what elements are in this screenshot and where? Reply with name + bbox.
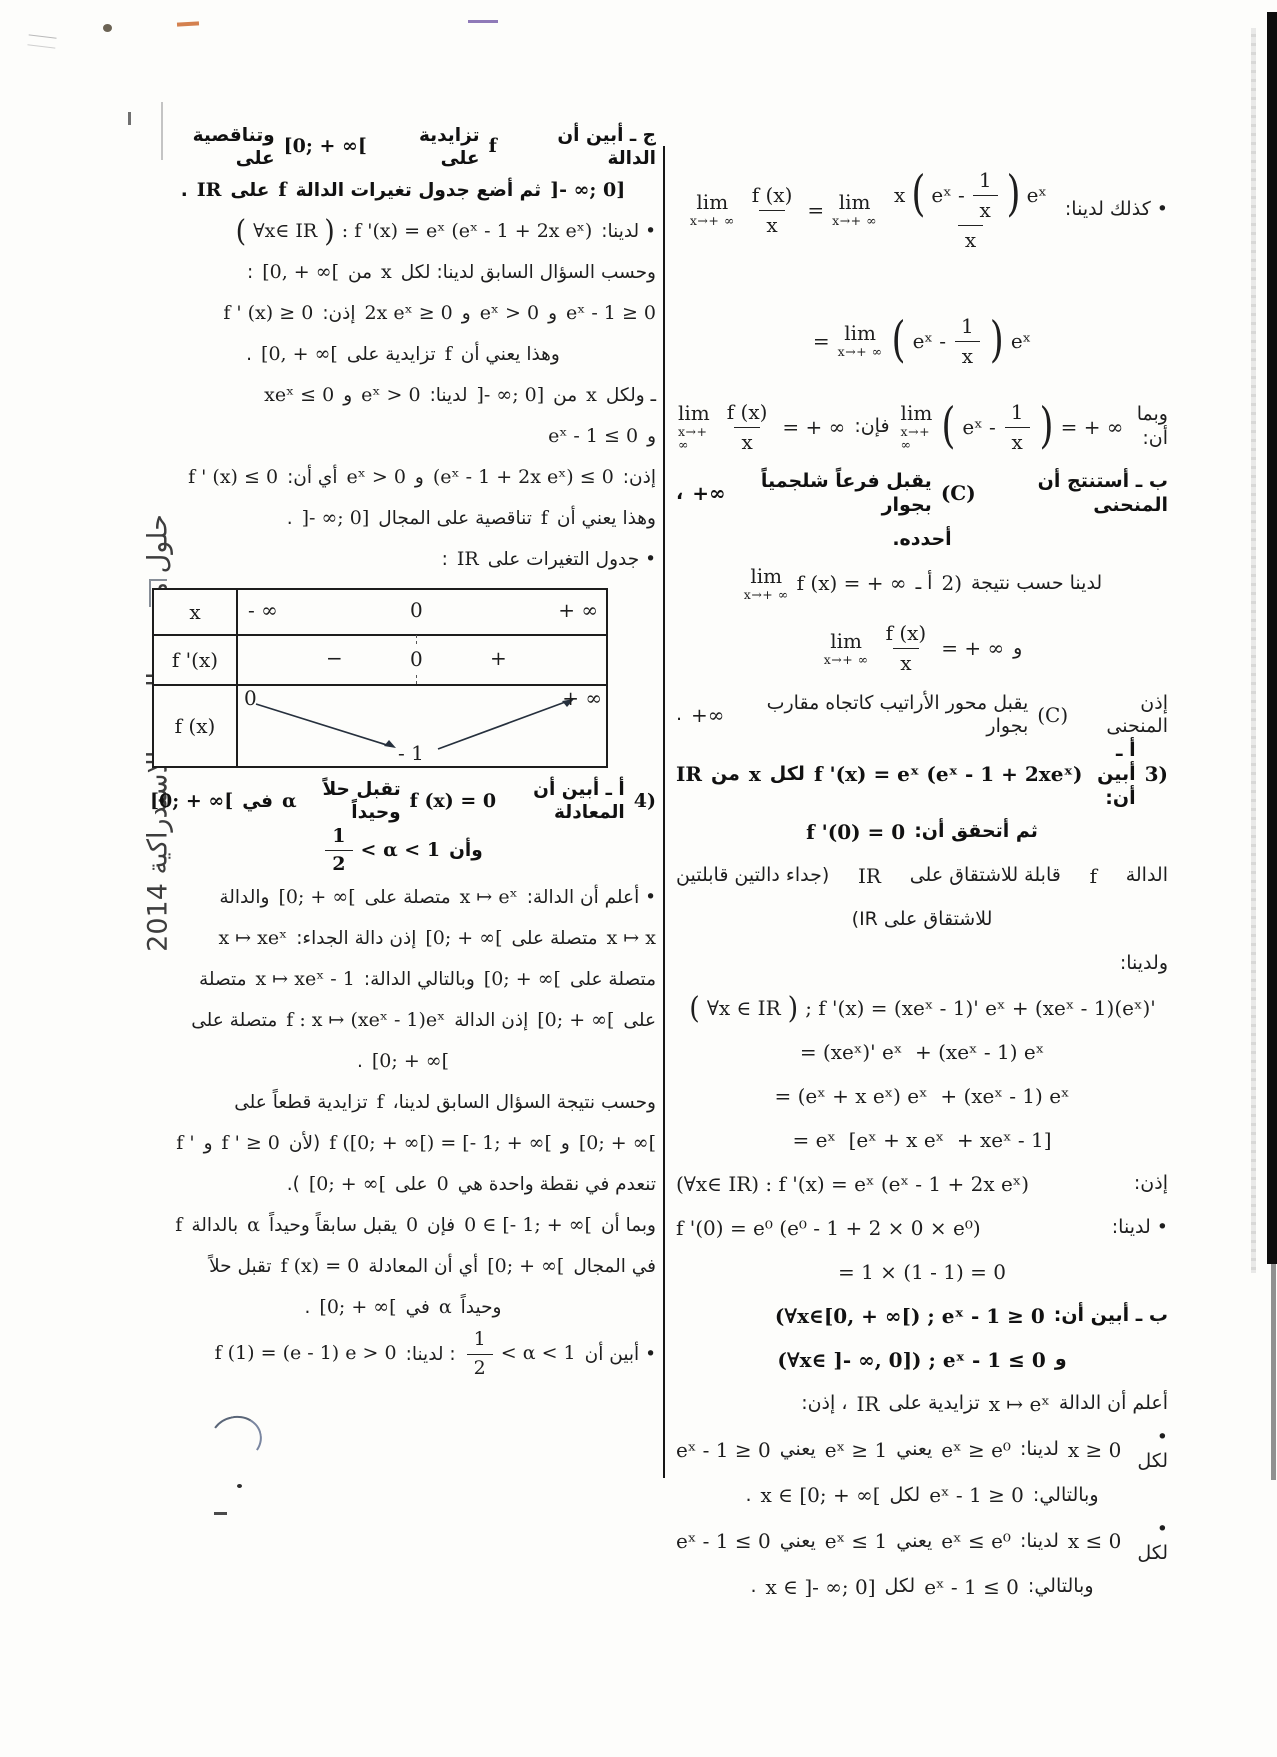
arabic-text: ثم أتحقق أن: (914, 820, 1038, 844)
text-fragment: lim (844, 323, 876, 343)
text-fragment: x→+ ∞ (824, 654, 869, 667)
text-line: = (eˣ + x eˣ) eˣ + (xeˣ - 1) eˣ (676, 1074, 1168, 1118)
math-text: 0 (406, 1214, 418, 1238)
arabic-text: . (246, 343, 252, 366)
arabic-text: • لكل (1130, 1518, 1168, 1566)
sign-minus: − (326, 646, 343, 670)
text-line: = 1 × (1 - 1) = 0 (676, 1250, 1168, 1294)
math-text: f ' (x) ≥ 0 (223, 302, 313, 326)
math-run: limx→+ ∞f (x) = + ∞ (742, 566, 907, 602)
math-text: x ↦ xeˣ - 1 (256, 968, 355, 992)
text-line: ـ ولكلxمن]- ∞; 0]لدينا:eˣ > 0وxeˣ ≤ 0 (150, 375, 656, 416)
text-fragment: x→+ ∞ (901, 426, 933, 451)
math-text: ; f '(x) = (xeˣ - 1)' eˣ + (xeˣ - 1)(eˣ)… (805, 996, 1156, 1021)
big-paren: ( (235, 217, 248, 247)
arabic-text: : (247, 261, 253, 284)
math-text: 0 (437, 1173, 449, 1197)
math-text: eˣ - 1 ≤ 0 (676, 1529, 771, 1554)
fraction-denominator: x (958, 225, 983, 253)
math-text: f ' (176, 1132, 194, 1156)
arabic-text: يقبل سابقاً وحيداً (269, 1214, 397, 1237)
math-text: +∞ (691, 703, 724, 728)
math-text: ]- ∞; 0] (302, 507, 370, 531)
math-text: x (965, 228, 976, 253)
arabic-text: ج ـ أبين أن الدالة (506, 124, 656, 170)
text-line: وحسب نتيجة السؤال السابق لدينا،fتزايدية … (150, 1082, 656, 1123)
math-text: eˣ - (913, 329, 946, 354)
math-text: f '(0) = e⁰ (e⁰ - 1 + 2 × 0 × e⁰) (676, 1216, 981, 1241)
arabic-text: من (348, 261, 372, 284)
text-line: • أبين أن12< α < 1: لدينا:f (1) = (e - 1… (150, 1328, 656, 1381)
text-line: ب ـ أستنتج أن المنحنى(C)يقبل فرعاً شلجمي… (676, 470, 1168, 518)
math-text: x (962, 344, 973, 369)
arabic-text: متصلة (199, 968, 247, 991)
arabic-text: إذن دالة الجداء: (296, 927, 416, 950)
math-text: eˣ ≤ e⁰ (941, 1529, 1011, 1554)
math-text: ]- ∞; 0] (477, 384, 545, 408)
math-text: x ≥ 0 (1068, 1438, 1121, 1463)
big-paren: ) (989, 317, 1005, 366)
math-text: f (489, 135, 497, 159)
math-text: (C) (1037, 703, 1068, 728)
arabic-text: في المجال (573, 1255, 656, 1278)
math-text: f (377, 1091, 384, 1115)
text-line: وeˣ - 1 ≤ 0 (150, 416, 656, 457)
scan-artifact (214, 1512, 227, 1515)
arabic-text: يعني (780, 1438, 816, 1462)
arabic-text: ، إذن: (801, 1392, 847, 1416)
math-text: eˣ - 1 ≥ 0 (676, 1438, 771, 1463)
arabic-text: وبما أن: (1132, 403, 1168, 451)
math-text: [0; + ∞[ (537, 1009, 614, 1033)
math-text: eˣ (1011, 329, 1031, 354)
text-line: (∀x ∈ IR); f '(x) = (xeˣ - 1)' eˣ + (xeˣ… (676, 986, 1168, 1030)
text-line: • كذلك لدينا:limx→+ ∞f (x)x=limx→+ ∞x(eˣ… (676, 122, 1168, 298)
math-run: 12< α < 1 (323, 825, 440, 878)
table-row-fprime: f '(x) − 0 + (154, 636, 606, 686)
text-line: • جدول التغيرات علىIR: (150, 539, 656, 580)
arabic-text: من (711, 763, 740, 787)
scan-edge-shadow-light (1271, 1264, 1276, 1480)
arabic-text: • لكل (1130, 1426, 1168, 1474)
math-text: xeˣ ≤ 0 (264, 384, 334, 408)
math-text: [0; + ∞[ (150, 790, 233, 814)
text-line: • أعلم أن الدالة:x ↦ eˣمتصلة على[0; + ∞[… (150, 877, 656, 918)
arabic-text: يعني (780, 1530, 816, 1554)
text-line: على[0; + ∞[إذن الدالةf : x ↦ (xeˣ - 1)eˣ… (150, 1000, 656, 1041)
arabic-text: و (462, 302, 471, 325)
text-fragment: lim (839, 192, 871, 212)
math-text: [0; + ∞[ (425, 927, 502, 951)
arabic-text: على (230, 179, 269, 202)
math-text: f (278, 179, 286, 203)
math-run: (∀x ∈ IR); f '(x) = (xeˣ - 1)' eˣ + (xeˣ… (688, 995, 1155, 1022)
math-text: eˣ (1027, 183, 1047, 208)
math-text: x ↦ eˣ (989, 1392, 1050, 1417)
arabic-text: لدينا: (430, 384, 468, 407)
text-line: ولدينا: (676, 942, 1168, 986)
arabic-text: لكل (890, 1484, 921, 1508)
text-line: تنعدم في نقطة واحدة هي0على[0; + ∞[). (150, 1164, 656, 1205)
math-text: eˣ - (931, 183, 964, 208)
text-line: الدالةfقابلة للاشتقاق علىIR(جداء دالتين … (676, 854, 1168, 898)
big-paren: ) (1006, 171, 1022, 220)
arabic-text: الدالة (1126, 864, 1168, 888)
text-line: و(∀x∈ ]- ∞, 0]) ; eˣ - 1 ≤ 0 (676, 1338, 1168, 1382)
arabic-text: و (415, 466, 424, 489)
big-paren: ( (910, 171, 926, 220)
fraction-numerator: f (x) (745, 183, 800, 210)
text-fragment: lim (830, 631, 862, 651)
arabic-text: تزايدية قطعاً على (234, 1091, 367, 1114)
arabic-text: و (548, 302, 557, 325)
fraction-denominator: x (759, 210, 784, 238)
scan-artifact (103, 24, 112, 32)
text-line: متصلة على[0; + ∞[وبالتالي الدالة:x ↦ xeˣ… (150, 959, 656, 1000)
arabic-text: فإن: (854, 415, 889, 439)
arabic-text: أحدده. (892, 528, 951, 552)
math-text: [0, + ∞[ (261, 343, 338, 367)
arabic-text: تزايدية على (347, 343, 436, 366)
math-text: eˣ - 1 ≤ 0 (548, 425, 638, 449)
x-minus-infinity: - ∞ (248, 598, 278, 622)
text-fragment: lim (678, 403, 710, 423)
fraction: 12 (325, 825, 352, 878)
math-text: [0; + ∞[ (278, 886, 355, 910)
fraction-denominator: 2 (467, 1354, 493, 1381)
arabic-text: . (181, 179, 188, 202)
math-text: = 1 × (1 - 1) = 0 (838, 1260, 1006, 1285)
math-text: eˣ - 1 ≤ 0 (924, 1575, 1019, 1600)
arabic-text: إذن: (623, 466, 656, 489)
math-text: x ↦ x (607, 927, 656, 951)
arabic-text: • جدول التغيرات على (488, 548, 656, 571)
fraction: x(eˣ -1x)eˣx (887, 168, 1054, 253)
arabic-text: لدينا حسب نتيجة (971, 572, 1102, 596)
big-paren: ( (891, 317, 907, 366)
math-text: x (1012, 430, 1023, 455)
math-text: f (x) = 0 (410, 790, 496, 814)
big-paren: ( (940, 403, 956, 452)
fraction: 1x (1004, 400, 1031, 455)
variation-table: x - ∞ 0 + ∞ f '(x) − 0 + f (x) (152, 588, 608, 768)
math-text: eˣ ≥ e⁰ (941, 1438, 1011, 1463)
math-text: ]- ∞; 0] (550, 179, 625, 203)
scan-artifact (27, 34, 56, 48)
big-paren: ) (787, 993, 800, 1023)
arabic-text: لدينا: (1020, 1530, 1059, 1554)
arabic-text: أ ـ أبين أن: (1091, 739, 1135, 810)
text-line: 4)أ ـ أبين أن المعادلةf (x) = 0تقبل حلاً… (150, 778, 656, 824)
text-line: • لكلx ≤ 0لدينا:eˣ ≤ e⁰يعنيeˣ ≤ 1يعنيeˣ … (676, 1518, 1168, 1566)
limit-operator: limx→+ ∞ (832, 192, 877, 228)
arabic-text: لكل (770, 763, 805, 787)
arabic-text: على (623, 1009, 656, 1032)
scan-artifact (177, 21, 199, 26)
arabic-text: • لدينا: (601, 220, 656, 243)
fraction-denominator: 2 (325, 850, 352, 877)
text-line: eˣ - 1 ≥ 0وeˣ > 0و2x eˣ ≥ 0إذن:f ' (x) ≥… (150, 293, 656, 334)
math-text: f (541, 507, 548, 531)
arabic-text: أي أن المعادلة (368, 1255, 478, 1278)
text-line: وهذا يعني أنfتناقصية على المجال]- ∞; 0]. (150, 498, 656, 539)
arabic-text: وهذا يعني أن (461, 343, 560, 366)
text-line: وبما أن0 ∈ [- 1; + ∞[فإن0يقبل سابقاً وحي… (150, 1205, 656, 1246)
arabic-text: ـ ولكل (606, 384, 656, 407)
math-text: [0; + ∞[ (487, 1255, 564, 1279)
limit-operator: limx→+ ∞ (901, 403, 933, 451)
arabic-text: لكل (885, 1575, 916, 1599)
fraction-numerator: f (x) (879, 621, 934, 648)
fraction-denominator: x (1005, 427, 1030, 455)
arabic-text: ب ـ أستنتج أن المنحنى (985, 470, 1168, 518)
text-line: وبما أن:limx→+ ∞(eˣ -1x)= + ∞فإن:limx→+ … (676, 384, 1168, 470)
limit-operator: limx→+ ∞ (838, 323, 883, 359)
arrow-down-head (384, 740, 396, 748)
text-line: لدينا حسب نتيجة2)أ ـlimx→+ ∞f (x) = + ∞ (676, 562, 1168, 606)
sign-plus: + (490, 646, 507, 670)
text-fragment: x→+ ∞ (832, 215, 877, 228)
fraction-numerator: 1 (325, 825, 352, 851)
math-text: x ∈ [0; + ∞[ (761, 1483, 881, 1508)
math-text: f (x) = 0 (281, 1255, 360, 1279)
f-value-minimum: - 1 (398, 741, 424, 765)
math-text: f (x) (752, 183, 793, 208)
arabic-text: في (242, 790, 273, 813)
arabic-text: ب ـ أبين أن: (1054, 1304, 1168, 1328)
arabic-text: تزايدية على (888, 1392, 979, 1416)
text-fragment: x→+ ∞ (838, 346, 883, 359)
fraction-denominator: x (893, 648, 918, 676)
math-text: IR (858, 864, 881, 889)
math-text: +∞ (692, 481, 725, 506)
math-text: 2 (332, 853, 345, 877)
column-divider-rule (663, 146, 665, 1478)
arabic-text: : لدينا: (406, 1343, 456, 1366)
sign-zero: 0 (410, 647, 423, 671)
math-text: ∀x ∈ IR (707, 996, 781, 1021)
arabic-text: إذن: (322, 302, 355, 325)
text-line: إذن:(∀x∈ IR) : f '(x) = eˣ (eˣ - 1 + 2x … (676, 1162, 1168, 1206)
math-text: 1 (1011, 400, 1024, 425)
arabic-text: و (204, 1132, 213, 1155)
text-line: وحسب السؤال السابق لدينا: لكلxمن[0, + ∞[… (150, 252, 656, 293)
math-text: < α < 1 (361, 839, 441, 863)
math-text: x (381, 261, 392, 285)
math-text: 1 (979, 168, 992, 193)
arabic-text: أعلم أن الدالة (1059, 1392, 1168, 1416)
math-text: x (980, 198, 991, 223)
math-text: f (1090, 864, 1097, 889)
math-text: [0; + ∞[ (579, 1132, 656, 1156)
arabic-text: أ ـ (916, 572, 933, 596)
arabic-text: وبالتالي الدالة: (364, 968, 475, 991)
fraction-numerator: 1 (467, 1328, 493, 1354)
math-run: limx→+ ∞f (x)x= + ∞ (822, 621, 1004, 676)
math-text: 0 ∈ [- 1; + ∞[ (464, 1214, 592, 1238)
math-text: f : x ↦ (xeˣ - 1)eˣ (286, 1009, 445, 1033)
math-text: α (282, 790, 297, 814)
math-text: 2) (941, 571, 962, 596)
math-run: limx→+ ∞(eˣ -1x)= + ∞ (899, 400, 1124, 455)
arabic-text: وبالتالي: (1033, 1484, 1099, 1508)
math-text: eˣ > 0 (361, 384, 420, 408)
text-line: وأن12< α < 1 (150, 825, 656, 878)
math-text: x (741, 430, 752, 455)
math-text: eˣ - (962, 415, 995, 440)
math-text: α (247, 1214, 260, 1238)
arabic-text: وبالتالي: (1028, 1575, 1094, 1599)
arabic-text: و (1055, 1348, 1067, 1372)
arabic-text: • كذلك لدينا: (1065, 198, 1168, 222)
text-line: • لكلx ≥ 0لدينا:eˣ ≥ e⁰يعنيeˣ ≥ 1يعنيeˣ … (676, 1426, 1168, 1474)
text-line: أعلم أن الدالةx ↦ eˣتزايدية علىIR، إذن: (676, 1382, 1168, 1426)
big-paren: ) (323, 217, 336, 247)
arabic-text: . (305, 1296, 311, 1319)
table-row-x: x - ∞ 0 + ∞ (154, 590, 606, 636)
math-text: eˣ > 0 (480, 302, 539, 326)
table-row-f: f (x) 0 - 1 + ∞ (154, 686, 606, 766)
arabic-text: تقبل حلاً (209, 1255, 271, 1278)
arabic-text: فإن (427, 1214, 455, 1237)
arabic-text: وحسب نتيجة السؤال السابق لدينا، (393, 1091, 656, 1114)
math-text: eˣ ≤ 1 (825, 1529, 888, 1554)
fraction-numerator: 1 (954, 314, 981, 341)
math-text: IR (457, 548, 479, 572)
limit-operator: limx→+ ∞ (678, 403, 710, 451)
math-text: f ' (x) ≤ 0 (188, 466, 278, 490)
arabic-text: : (442, 548, 448, 571)
scan-artifact (206, 1411, 266, 1467)
arabic-text: و (343, 384, 352, 407)
math-text: f (445, 343, 452, 367)
arabic-text: يعني (896, 1530, 932, 1554)
arabic-text: • أعلم أن الدالة: (527, 886, 656, 909)
arabic-text: إذن: (1134, 1172, 1168, 1196)
arabic-text: • أبين أن (585, 1343, 656, 1366)
math-text: = + ∞ (941, 636, 1004, 661)
math-text: f (x) (727, 400, 768, 425)
arabic-text: . (750, 1575, 756, 1599)
arabic-text: تزايدية على (376, 124, 480, 170)
math-text: 2 (474, 1357, 486, 1381)
arabic-text: ثم أضع جدول تغيرات الدالة (296, 179, 542, 202)
text-line: ثم أتحقق أن:f '(0) = 0 (676, 810, 1168, 854)
text-line: في المجال[0; + ∞[أي أن المعادلةf (x) = 0… (150, 1246, 656, 1287)
math-text: f '(0) = 0 (806, 820, 905, 845)
arabic-text: . (676, 703, 682, 727)
text-line: =limx→+ ∞(eˣ -1x)eˣ (676, 298, 1168, 384)
arabic-text: . (745, 1484, 751, 1508)
fraction-denominator: x (955, 341, 980, 369)
arabic-text: إذن المنحنى (1077, 692, 1168, 740)
arabic-text: وبما أن (601, 1214, 656, 1237)
math-text: (∀x∈ ]- ∞, 0]) ; eˣ - 1 ≤ 0 (777, 1348, 1045, 1373)
limit-operator: limx→+ ∞ (744, 566, 789, 602)
math-text: (eˣ - 1 + 2x eˣ) ≤ 0 (433, 466, 614, 490)
text-line: ]- ∞; 0]ثم أضع جدول تغيرات الدالةfعلىIR. (150, 170, 656, 211)
fraction: f (x)x (879, 621, 934, 676)
arabic-text: إذن الدالة (454, 1009, 528, 1032)
arabic-text: تناقصية على المجال (378, 507, 532, 530)
scan-artifact (237, 1484, 242, 1488)
fraction-numerator: x(eˣ -1x)eˣ (887, 168, 1054, 225)
arabic-text: و (1013, 637, 1022, 661)
math-text: = (xeˣ)' eˣ + (xeˣ - 1) eˣ (800, 1040, 1044, 1065)
text-fragment: x→+ ∞ (744, 589, 789, 602)
arabic-text: و (561, 1132, 570, 1155)
math-text: [0; + ∞[ (319, 1296, 396, 1320)
fraction-numerator: f (x) (720, 400, 775, 427)
math-text: f ' ≥ 0 (222, 1132, 280, 1156)
scan-artifact (128, 112, 131, 125)
text-fragment: x→+ ∞ (690, 215, 735, 228)
x-zero: 0 (410, 598, 423, 622)
limit-operator: limx→+ ∞ (824, 631, 869, 667)
arabic-text: في (406, 1296, 430, 1319)
math-text: = + ∞ (1061, 415, 1124, 440)
math-text: x ↦ xeˣ (218, 927, 287, 951)
text-line: = eˣ [eˣ + x eˣ + xeˣ - 1] (676, 1118, 1168, 1162)
math-text: (∀x∈ IR) : f '(x) = eˣ (eˣ - 1 + 2x eˣ) (676, 1172, 1029, 1197)
text-line: • لدينا:(∀x∈ IR): f '(x) = eˣ (eˣ - 1 + … (150, 211, 656, 252)
arabic-text: يعني (896, 1438, 932, 1462)
arabic-text: والدالة (219, 886, 269, 909)
math-text: eˣ ≥ 1 (825, 1438, 888, 1463)
math-run: limx→+ ∞f (x)x=limx→+ ∞x(eˣ -1x)eˣx (688, 168, 1056, 253)
math-text: IR (676, 762, 702, 787)
math-text: x (894, 183, 905, 208)
math-text: ∀x∈ IR (253, 220, 317, 244)
math-text: x ≤ 0 (1068, 1529, 1121, 1554)
math-text: = eˣ [eˣ + x eˣ + xeˣ - 1] (792, 1128, 1051, 1153)
text-line: أحدده. (676, 518, 1168, 562)
math-text: = + ∞ (782, 415, 845, 440)
table-label-fprime: f '(x) (154, 636, 238, 684)
arabic-text: (لأن (289, 1132, 320, 1155)
arabic-text: متصلة على (365, 886, 451, 909)
math-text: f (x) (886, 621, 927, 646)
arabic-text: على (395, 1173, 428, 1196)
arabic-text: . (357, 1050, 363, 1073)
arabic-text: لدينا: (1020, 1438, 1059, 1462)
table-sign-values: − 0 + (238, 636, 606, 684)
math-text: α (439, 1296, 452, 1320)
math-text: f ([0; + ∞[) = [- 1; + ∞[ (329, 1132, 552, 1156)
big-paren: ) (1039, 403, 1055, 452)
fraction-numerator: 1 (1004, 400, 1031, 427)
math-run: (∀x∈ IR): f '(x) = eˣ (eˣ - 1 + 2x eˣ) (235, 218, 593, 245)
text-line: 3)أ ـ أبين أن:f '(x) = eˣ (eˣ - 1 + 2xeˣ… (676, 739, 1168, 810)
math-run: limx→+ ∞f (x)x= + ∞ (676, 400, 845, 455)
math-text: eˣ - 1 ≥ 0 (929, 1483, 1024, 1508)
scan-edge-shadow (1267, 12, 1277, 1264)
text-line: = (xeˣ)' eˣ + (xeˣ - 1) eˣ (676, 1030, 1168, 1074)
table-x-values: - ∞ 0 + ∞ (238, 590, 606, 634)
text-line: ج ـ أبين أن الدالةfتزايدية على[0; + ∞[وت… (150, 124, 656, 170)
text-fragment: lim (750, 566, 782, 586)
table-f-variations: 0 - 1 + ∞ (238, 686, 606, 766)
math-text: (C) (941, 481, 976, 506)
math-text: x ∈ ]- ∞; 0] (766, 1575, 876, 1600)
math-text: [0; + ∞[ (484, 968, 561, 992)
text-line: وهذا يعني أنfتزايدية على[0, + ∞[. (150, 334, 656, 375)
arabic-text: ). (287, 1173, 300, 1196)
fraction-numerator: 1 (972, 168, 999, 195)
f-value-left: 0 (244, 686, 257, 710)
arabic-text: وهذا يعني أن (557, 507, 656, 530)
arabic-text: و (647, 425, 656, 448)
